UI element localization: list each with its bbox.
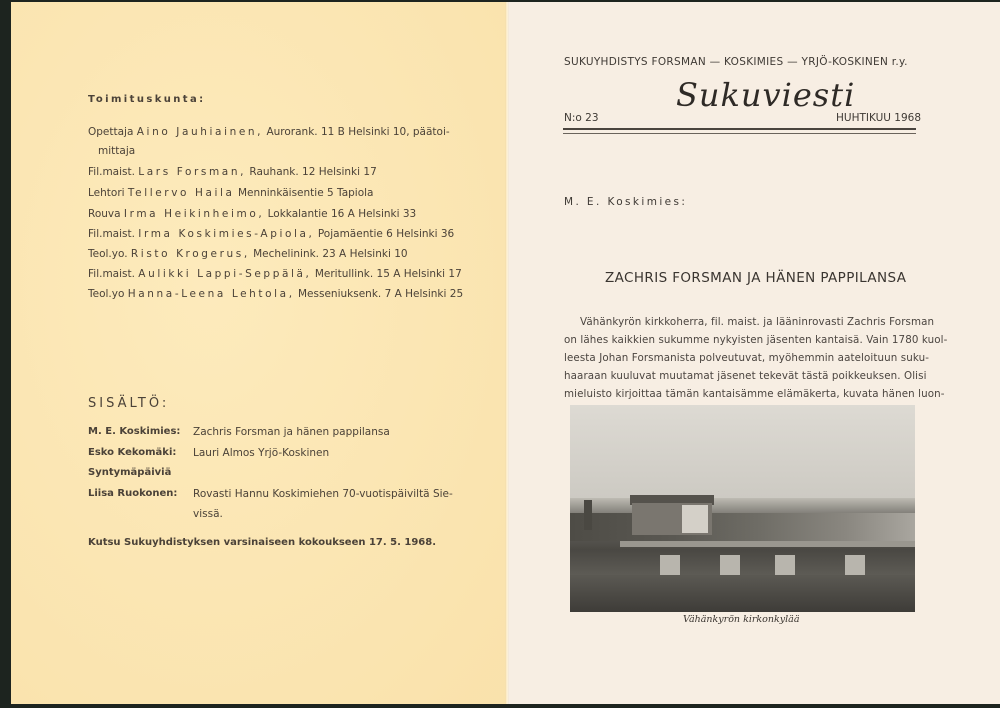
member-address: Meritullink. 15 A Helsinki 17: [315, 268, 462, 280]
member-title: Fil.maist.: [88, 228, 135, 240]
toc-author: M. E. Koskimies:: [88, 426, 180, 437]
editorial-member: Teol.yo. Risto Krogerus, Mechelinink. 23…: [88, 248, 408, 260]
editorial-member: Teol.yo Hanna-Leena Lehtola, Messeniukse…: [88, 288, 463, 300]
meeting-notice: Kutsu Sukuyhdistyksen varsinaiseen kokou…: [88, 537, 436, 548]
member-title: Rouva: [88, 208, 121, 220]
toc-author: Esko Kekomäki:: [88, 447, 176, 458]
member-title: Teol.yo.: [88, 248, 128, 260]
member-title: Lehtori: [88, 187, 125, 199]
article-title: ZACHRIS FORSMAN JA HÄNEN PAPPILANSA: [605, 270, 906, 286]
member-title: Opettaja: [88, 126, 133, 138]
toc-title: Zachris Forsman ja hänen pappilansa: [193, 426, 390, 438]
member-name: Aulikki Lappi-Seppälä,: [138, 268, 311, 280]
member-name: Tellervo Haila: [128, 187, 235, 199]
member-name: Irma Koskimies-Apiola,: [138, 228, 314, 240]
member-name: Irma Heikinheimo,: [124, 208, 264, 220]
member-address: Rauhank. 12 Helsinki 17: [249, 166, 376, 178]
toc-title-continuation: vissä.: [193, 508, 223, 520]
member-address: Lokkalantie 16 A Helsinki 33: [268, 208, 417, 220]
editorial-member: Fil.maist. Lars Forsman, Rauhank. 12 Hel…: [88, 166, 377, 178]
masthead-rule: [563, 128, 916, 130]
photo-caption: Vähänkyrön kirkonkylää: [683, 614, 800, 625]
member-address: Mechelinink. 23 A Helsinki 10: [253, 248, 407, 260]
masthead-title: Sukuviesti: [676, 76, 855, 114]
toc-author: Liisa Ruokonen:: [88, 488, 177, 499]
photo-bridge-deck: [620, 541, 915, 547]
editorial-member: Fil.maist. Irma Koskimies-Apiola, Pojamä…: [88, 228, 454, 240]
issue-date: HUHTIKUU 1968: [836, 112, 921, 124]
member-address: Menninkäisentie 5 Tapiola: [238, 187, 374, 199]
toc-title: Rovasti Hannu Koskimiehen 70-vuotispäivi…: [193, 488, 453, 500]
article-author: M. E. Koskimies:: [564, 196, 687, 208]
toc-author: Syntymäpäiviä: [88, 467, 171, 478]
body-line: haaraan kuuluvat muutamat jäsenet tekevä…: [564, 370, 927, 382]
member-name: Lars Forsman,: [138, 166, 246, 178]
member-address: Aurorank. 11 B Helsinki 10, päätoi-: [266, 126, 449, 138]
member-title: Fil.maist.: [88, 166, 135, 178]
masthead-rule-thin: [563, 133, 916, 134]
bridge-photo: [570, 405, 915, 612]
member-address: Pojamäentie 6 Helsinki 36: [318, 228, 454, 240]
toc-title: Lauri Almos Yrjö-Koskinen: [193, 447, 329, 459]
editorial-member: Lehtori Tellervo Haila Menninkäisentie 5…: [88, 187, 374, 199]
body-line: leesta Johan Forsmanista polveutuvat, my…: [564, 352, 929, 364]
photo-church-wall: [682, 505, 708, 533]
body-line: on lähes kaikkien sukumme nykyisten jäse…: [564, 334, 947, 346]
member-name: Hanna-Leena Lehtola,: [128, 288, 295, 300]
photo-sky: [570, 405, 915, 498]
editorial-board-heading: Toimituskunta:: [88, 94, 206, 105]
organization-name: SUKUYHDISTYS FORSMAN — KOSKIMIES — YRJÖ-…: [564, 56, 908, 68]
member-name: Risto Krogerus,: [131, 248, 250, 260]
member-address-continuation: mittaja: [98, 145, 135, 157]
photo-river: [570, 575, 915, 612]
editorial-member: Fil.maist. Aulikki Lappi-Seppälä, Meritu…: [88, 268, 462, 280]
member-title: Teol.yo: [88, 288, 124, 300]
photo-church-tower: [584, 500, 592, 530]
member-title: Fil.maist.: [88, 268, 135, 280]
editorial-member: Opettaja Aino Jauhiainen, Aurorank. 11 B…: [88, 126, 450, 138]
photo-trees: [570, 513, 915, 541]
left-page: [11, 2, 508, 704]
body-line: Vähänkyrön kirkkoherra, fil. maist. ja l…: [580, 316, 934, 328]
issue-number: N:o 23: [564, 112, 599, 124]
body-line: mieluisto kirjoittaa tämän kantaisämme e…: [564, 388, 945, 400]
editorial-member: Rouva Irma Heikinheimo, Lokkalantie 16 A…: [88, 208, 416, 220]
contents-heading: SISÄLTÖ:: [88, 396, 169, 411]
member-name: Aino Jauhiainen,: [137, 126, 263, 138]
member-address: Messeniuksenk. 7 A Helsinki 25: [298, 288, 463, 300]
